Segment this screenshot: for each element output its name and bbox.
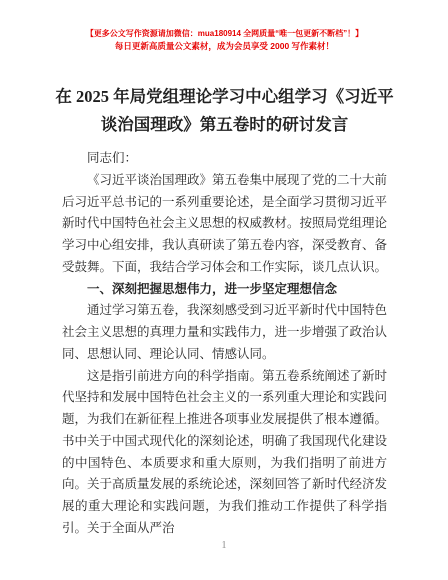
section-heading-1: 一、深刻把握思想伟力，进一步坚定理想信念 (62, 279, 387, 301)
salutation: 同志们： (62, 148, 387, 170)
paragraph-scientific-guide: 这是指引前进方向的科学指南。第五卷系统阐述了新时代坚持和发展中国特色社会主义的一… (62, 366, 387, 540)
document-title: 在 2025 年局党组理论学习中心组学习《习近平 谈治国理政》第五卷时的研讨发言 (48, 83, 401, 139)
paragraph-intro: 《习近平谈治国理政》第五卷集中展现了党的二十大前后习近平总书记的一系列重要论述，… (62, 170, 387, 279)
document-page: 【更多公文写作资源请加微信：mua180914 全网质量“唯一包更新不断档”！】… (0, 0, 448, 580)
header-ad-line1: 【更多公文写作资源请加微信：mua180914 全网质量“唯一包更新不断档”！】 (62, 27, 387, 40)
header-ad: 【更多公文写作资源请加微信：mua180914 全网质量“唯一包更新不断档”！】… (62, 27, 387, 53)
page-number: 1 (0, 540, 448, 551)
paragraph-thought-power: 通过学习第五卷，我深刻感受到习近平新时代中国特色社会主义思想的真理力量和实践伟力… (62, 300, 387, 365)
document-title-line2: 谈治国理政》第五卷时的研讨发言 (48, 111, 401, 139)
header-ad-line2: 每日更新高质量公文素材，成为会员享受 2000 写作素材！ (62, 40, 387, 53)
document-body: 同志们： 《习近平谈治国理政》第五卷集中展现了党的二十大前后习近平总书记的一系列… (62, 148, 387, 540)
document-title-line1: 在 2025 年局党组理论学习中心组学习《习近平 (48, 83, 401, 111)
